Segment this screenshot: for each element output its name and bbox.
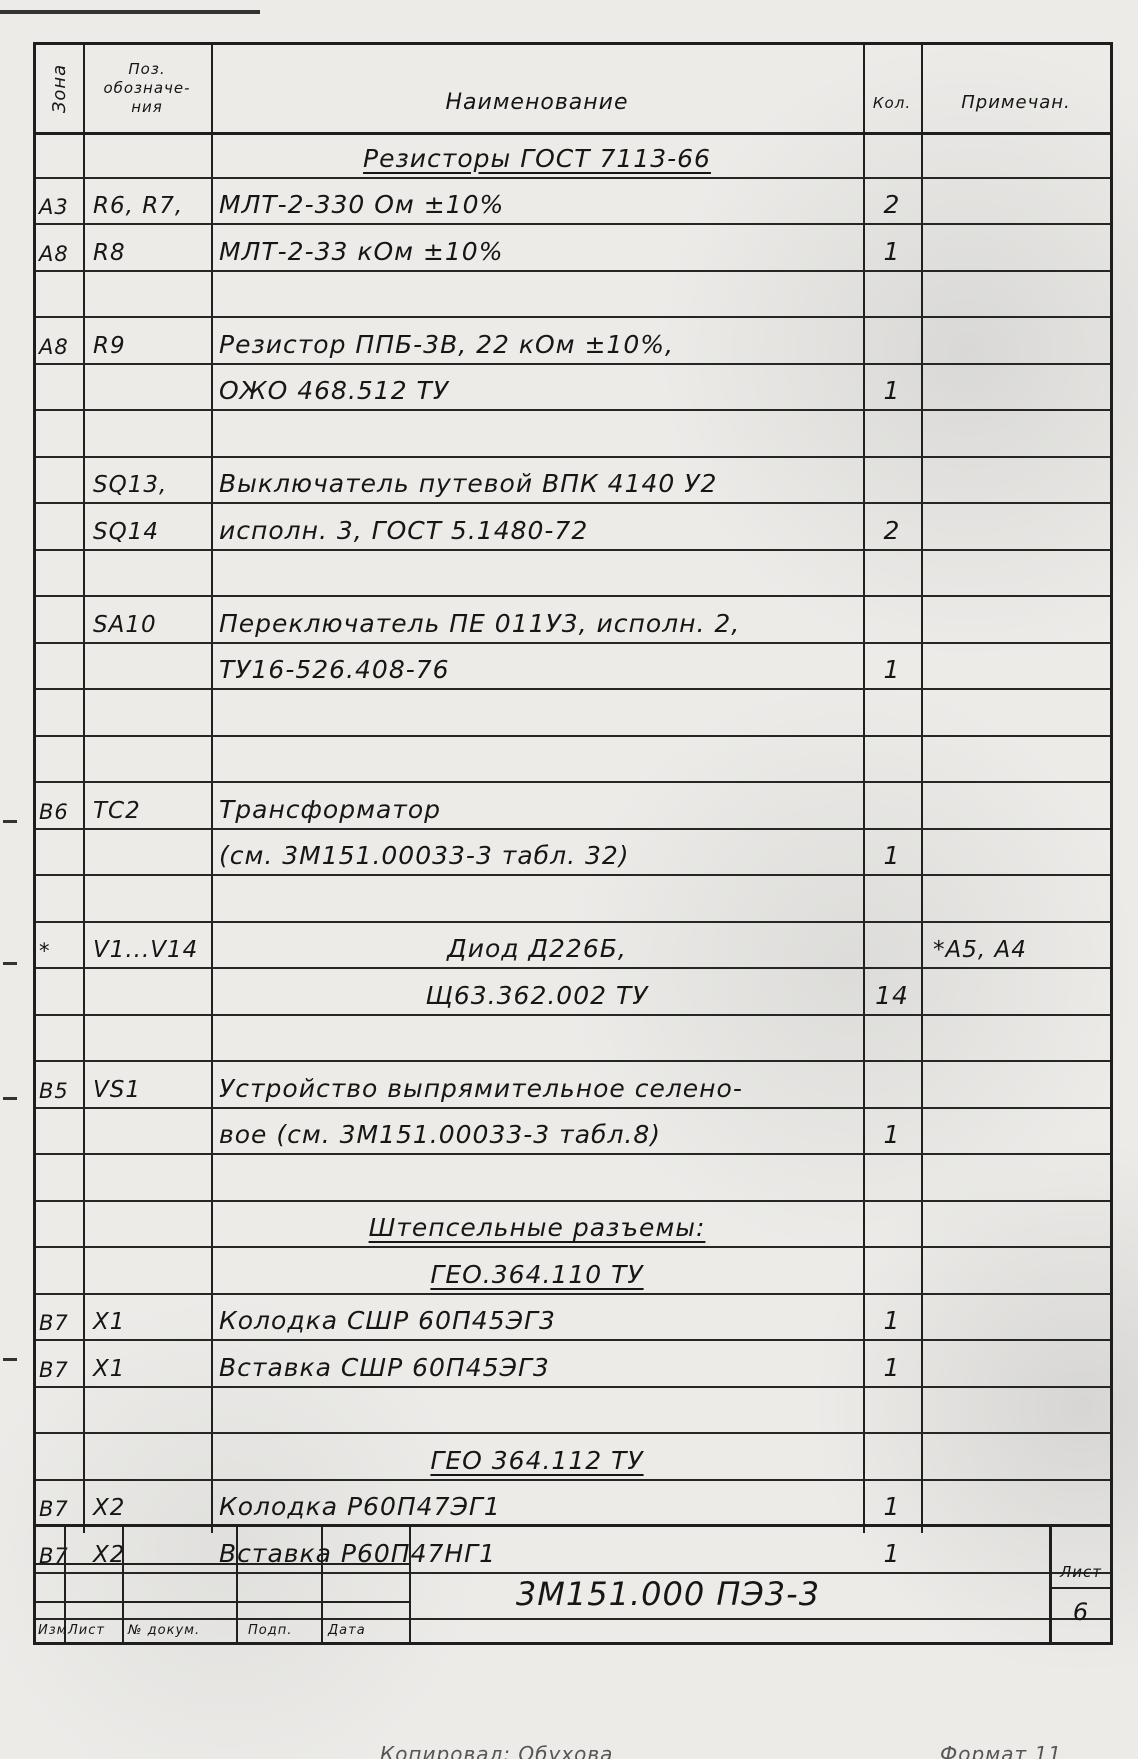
- name-cell: Резистор ППБ-3В, 22 кОм ±10%,: [211, 318, 863, 363]
- qty-cell: 1: [863, 1109, 921, 1154]
- zone-cell: [36, 411, 83, 456]
- table-row: Штепсельные разъемы:: [36, 1202, 1110, 1249]
- qty-cell: [863, 737, 921, 782]
- qty-cell: [863, 1016, 921, 1061]
- table-row: [36, 1016, 1110, 1063]
- zone-cell: А3: [36, 179, 83, 224]
- qty-cell: [863, 690, 921, 735]
- position-cell: [83, 1016, 211, 1061]
- note-cell: [921, 830, 1111, 875]
- qty-cell: [863, 876, 921, 921]
- note-cell: [921, 876, 1111, 921]
- position-cell: [83, 1155, 211, 1200]
- zone-cell: [36, 644, 83, 689]
- header-qty: Кол.: [863, 45, 921, 146]
- qty-cell: 1: [863, 1341, 921, 1386]
- qty-cell: [863, 597, 921, 642]
- zone-cell: [36, 1202, 83, 1247]
- qty-cell: 14: [863, 969, 921, 1014]
- zone-cell: [36, 504, 83, 549]
- table-row: В7X2Колодка Р60П47ЭГ11: [36, 1481, 1110, 1528]
- zone-cell: [36, 1388, 83, 1433]
- zone-cell: [36, 272, 83, 317]
- table-row: [36, 551, 1110, 598]
- name-cell: [211, 690, 863, 735]
- qty-cell: [863, 458, 921, 503]
- table-row: SQ14исполн. 3, ГОСТ 5.1480-722: [36, 504, 1110, 551]
- name-cell: (см. 3М151.00033-3 табл. 32): [211, 830, 863, 875]
- name-cell: ТУ16-526.408-76: [211, 644, 863, 689]
- table-row: [36, 1155, 1110, 1202]
- position-cell: [83, 132, 211, 177]
- zone-cell: [36, 1016, 83, 1061]
- position-cell: [83, 644, 211, 689]
- zone-cell: [36, 876, 83, 921]
- table-row: [36, 272, 1110, 319]
- position-cell: SQ13,: [83, 458, 211, 503]
- zone-cell: В7: [36, 1341, 83, 1386]
- qty-cell: [863, 1202, 921, 1247]
- name-cell: Колодка Р60П47ЭГ1: [211, 1481, 863, 1526]
- note-cell: [921, 551, 1111, 596]
- qty-cell: [863, 411, 921, 456]
- name-cell: Выключатель путевой ВПК 4140 У2: [211, 458, 863, 503]
- header-zone: Зона: [36, 45, 83, 132]
- sheet-number-box: Лист 6: [1049, 1527, 1110, 1642]
- margin-mark: [3, 962, 17, 965]
- table-row: В5VS1Устройство выпрямительное селено-: [36, 1062, 1110, 1109]
- qty-cell: 2: [863, 179, 921, 224]
- position-cell: VS1: [83, 1062, 211, 1107]
- name-cell: МЛТ-2-33 кОм ±10%: [211, 225, 863, 270]
- position-cell: [83, 737, 211, 782]
- name-cell: Переключатель ПЕ 011У3, исполн. 2,: [211, 597, 863, 642]
- position-cell: [83, 1388, 211, 1433]
- table-row: [36, 411, 1110, 458]
- stamp-label-sheet: Лист: [68, 1623, 105, 1638]
- note-cell: [921, 783, 1111, 828]
- name-cell: [211, 1388, 863, 1433]
- position-cell: X1: [83, 1341, 211, 1386]
- note-cell: [921, 1248, 1111, 1293]
- position-cell: R8: [83, 225, 211, 270]
- note-cell: [921, 1481, 1111, 1526]
- table-row: ГЕО 364.112 ТУ: [36, 1434, 1110, 1481]
- table-header: Зона Поз. обозначе- ния Наименование Кол…: [36, 45, 1110, 135]
- name-cell: ОЖО 468.512 ТУ: [211, 365, 863, 410]
- name-cell: Трансформатор: [211, 783, 863, 828]
- note-cell: [921, 272, 1111, 317]
- note-cell: [921, 504, 1111, 549]
- position-cell: [83, 272, 211, 317]
- table-row: А3R6, R7,МЛТ-2-330 Ом ±10%2: [36, 179, 1110, 226]
- note-cell: [921, 1016, 1111, 1061]
- zone-cell: *: [36, 923, 83, 968]
- position-cell: [83, 969, 211, 1014]
- zone-cell: [36, 690, 83, 735]
- specification-sheet: Зона Поз. обозначе- ния Наименование Кол…: [33, 42, 1113, 1645]
- note-cell: [921, 1388, 1111, 1433]
- name-cell: Диод Д226Б,: [211, 923, 863, 968]
- table-row: [36, 737, 1110, 784]
- copied-by: Копировал: Обухова: [380, 1742, 613, 1759]
- note-cell: [921, 411, 1111, 456]
- position-cell: [83, 411, 211, 456]
- table-row: ТУ16-526.408-761: [36, 644, 1110, 691]
- table-row: В7X1Вставка СШР 60П45ЭГ31: [36, 1341, 1110, 1388]
- zone-cell: [36, 1248, 83, 1293]
- position-cell: ТС2: [83, 783, 211, 828]
- zone-cell: В6: [36, 783, 83, 828]
- zone-cell: [36, 1109, 83, 1154]
- note-cell: [921, 969, 1111, 1014]
- qty-cell: [863, 1388, 921, 1433]
- title-block: Изм Лист № докум. Подп. Дата 3М151.000 П…: [36, 1524, 1110, 1642]
- table-row: В7X1Колодка СШР 60П45ЭГ31: [36, 1295, 1110, 1342]
- name-cell: [211, 551, 863, 596]
- stamp-label-date: Дата: [328, 1623, 366, 1638]
- note-cell: [921, 365, 1111, 410]
- name-cell: исполн. 3, ГОСТ 5.1480-72: [211, 504, 863, 549]
- position-cell: [83, 1248, 211, 1293]
- name-cell: МЛТ-2-330 Ом ±10%: [211, 179, 863, 224]
- position-cell: [83, 690, 211, 735]
- sheet-label: Лист: [1052, 1557, 1110, 1589]
- qty-cell: [863, 923, 921, 968]
- note-cell: [921, 597, 1111, 642]
- zone-cell: [36, 365, 83, 410]
- name-cell: [211, 272, 863, 317]
- position-cell: X1: [83, 1295, 211, 1340]
- qty-cell: 1: [863, 830, 921, 875]
- name-cell: ГЕО.364.110 ТУ: [211, 1248, 863, 1293]
- zone-cell: [36, 969, 83, 1014]
- zone-cell: [36, 597, 83, 642]
- zone-cell: [36, 132, 83, 177]
- qty-cell: [863, 132, 921, 177]
- zone-cell: [36, 458, 83, 503]
- name-cell: Устройство выпрямительное селено-: [211, 1062, 863, 1107]
- qty-cell: [863, 272, 921, 317]
- name-cell: вое (см. 3М151.00033-3 табл.8): [211, 1109, 863, 1154]
- note-cell: [921, 458, 1111, 503]
- name-cell: [211, 411, 863, 456]
- position-cell: [83, 876, 211, 921]
- table-row: В6ТС2Трансформатор: [36, 783, 1110, 830]
- qty-cell: [863, 1155, 921, 1200]
- note-cell: [921, 225, 1111, 270]
- zone-cell: [36, 551, 83, 596]
- stamp-label-change: Изм: [38, 1623, 67, 1638]
- margin-mark: [3, 1358, 17, 1361]
- zone-cell: В7: [36, 1481, 83, 1526]
- qty-cell: 1: [863, 225, 921, 270]
- position-cell: V1...V14: [83, 923, 211, 968]
- position-cell: SA10: [83, 597, 211, 642]
- zone-cell: А8: [36, 318, 83, 363]
- sheet-number: 6: [1052, 1587, 1110, 1642]
- note-cell: [921, 644, 1111, 689]
- note-cell: [921, 690, 1111, 735]
- zone-cell: [36, 737, 83, 782]
- position-cell: X2: [83, 1481, 211, 1526]
- position-cell: [83, 1109, 211, 1154]
- header-position: Поз. обозначе- ния: [83, 45, 211, 132]
- qty-cell: 2: [863, 504, 921, 549]
- zone-cell: А8: [36, 225, 83, 270]
- qty-cell: [863, 551, 921, 596]
- qty-cell: 1: [863, 644, 921, 689]
- note-cell: [921, 1434, 1111, 1479]
- table-row: [36, 1388, 1110, 1435]
- note-cell: [921, 1062, 1111, 1107]
- qty-cell: [863, 1062, 921, 1107]
- position-cell: [83, 551, 211, 596]
- name-cell: Резисторы ГОСТ 7113-66: [211, 132, 863, 177]
- table-row: Щ63.362.002 ТУ14: [36, 969, 1110, 1016]
- stamp-label-signature: Подп.: [248, 1623, 292, 1638]
- qty-cell: 1: [863, 1481, 921, 1526]
- name-cell: Штепсельные разъемы:: [211, 1202, 863, 1247]
- name-cell: Щ63.362.002 ТУ: [211, 969, 863, 1014]
- position-cell: [83, 365, 211, 410]
- paper-format: Формат 11: [940, 1742, 1062, 1759]
- name-cell: [211, 1016, 863, 1061]
- position-cell: [83, 1202, 211, 1247]
- table-row: *V1...V14Диод Д226Б,*А5, А4: [36, 923, 1110, 970]
- header-name: Наименование: [211, 45, 863, 146]
- note-cell: [921, 132, 1111, 177]
- qty-cell: [863, 783, 921, 828]
- name-cell: Колодка СШР 60П45ЭГ3: [211, 1295, 863, 1340]
- table-row: Резисторы ГОСТ 7113-66: [36, 132, 1110, 179]
- table-row: [36, 690, 1110, 737]
- qty-cell: [863, 1248, 921, 1293]
- position-cell: R9: [83, 318, 211, 363]
- note-cell: [921, 1202, 1111, 1247]
- table-row: ГЕО.364.110 ТУ: [36, 1248, 1110, 1295]
- document-code: 3М151.000 ПЭ3-3: [416, 1527, 920, 1642]
- qty-cell: 1: [863, 365, 921, 410]
- zone-cell: [36, 830, 83, 875]
- position-cell: [83, 830, 211, 875]
- table-row: А8R9Резистор ППБ-3В, 22 кОм ±10%,: [36, 318, 1110, 365]
- note-cell: [921, 1295, 1111, 1340]
- table-row: А8R8МЛТ-2-33 кОм ±10%1: [36, 225, 1110, 272]
- name-cell: ГЕО 364.112 ТУ: [211, 1434, 863, 1479]
- note-cell: [921, 1155, 1111, 1200]
- qty-cell: [863, 318, 921, 363]
- note-cell: [921, 318, 1111, 363]
- margin-mark: [3, 820, 17, 823]
- zone-cell: [36, 1434, 83, 1479]
- zone-cell: В5: [36, 1062, 83, 1107]
- scan-edge-line: [0, 10, 260, 14]
- note-cell: [921, 179, 1111, 224]
- zone-cell: [36, 1155, 83, 1200]
- note-cell: *А5, А4: [921, 923, 1111, 968]
- table-row: (см. 3М151.00033-3 табл. 32)1: [36, 830, 1110, 877]
- name-cell: [211, 737, 863, 782]
- position-cell: SQ14: [83, 504, 211, 549]
- name-cell: Вставка СШР 60П45ЭГ3: [211, 1341, 863, 1386]
- qty-cell: 1: [863, 1295, 921, 1340]
- margin-mark: [3, 1097, 17, 1100]
- revision-grid: Изм Лист № докум. Подп. Дата: [36, 1527, 411, 1642]
- note-cell: [921, 1341, 1111, 1386]
- table-row: SQ13,Выключатель путевой ВПК 4140 У2: [36, 458, 1110, 505]
- position-cell: [83, 1434, 211, 1479]
- name-cell: [211, 876, 863, 921]
- note-cell: [921, 737, 1111, 782]
- table-row: вое (см. 3М151.00033-3 табл.8)1: [36, 1109, 1110, 1156]
- stamp-label-doc-number: № докум.: [128, 1623, 200, 1638]
- zone-cell: В7: [36, 1295, 83, 1340]
- name-cell: [211, 1155, 863, 1200]
- position-cell: R6, R7,: [83, 179, 211, 224]
- header-note: Примечан.: [921, 45, 1111, 146]
- qty-cell: [863, 1434, 921, 1479]
- table-row: SA10Переключатель ПЕ 011У3, исполн. 2,: [36, 597, 1110, 644]
- note-cell: [921, 1109, 1111, 1154]
- table-row: [36, 876, 1110, 923]
- table-row: ОЖО 468.512 ТУ1: [36, 365, 1110, 412]
